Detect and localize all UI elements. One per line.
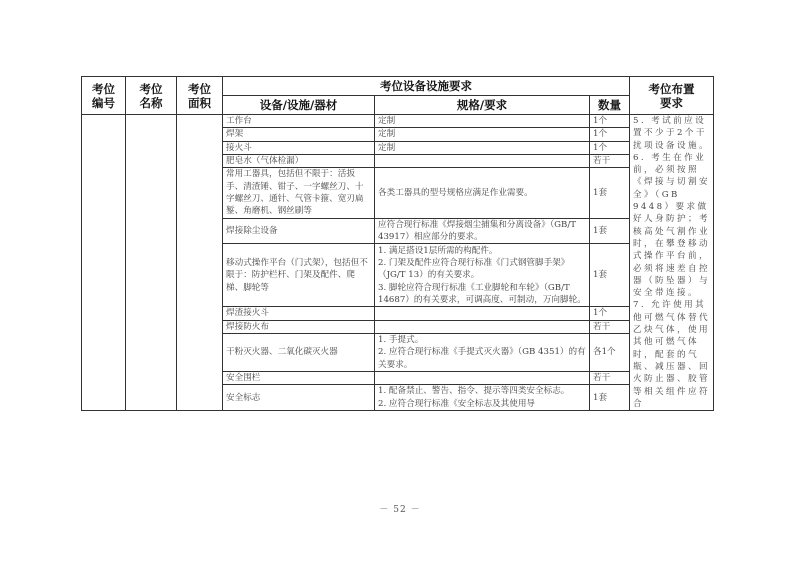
equipment-cell: 安全围栏 (223, 371, 375, 384)
station-area-cell (177, 115, 223, 411)
header-station-area: 考位 面积 (177, 77, 223, 115)
header-equipment-requirements: 考位设备设施要求 (223, 77, 630, 96)
quantity-cell: 1个 (590, 128, 630, 141)
spec-cell: 1. 配备禁止、警告、指令、提示等四类安全标志。 2. 应符合现行标准《安全标志… (375, 385, 590, 411)
quantity-cell: 1个 (590, 307, 630, 320)
quantity-cell: 1套 (590, 168, 630, 218)
equipment-cell: 焊架 (223, 128, 375, 141)
quantity-cell: 若干 (590, 320, 630, 333)
header-layout-requirements: 考位布置 要求 (630, 77, 714, 115)
quantity-cell: 1套 (590, 244, 630, 307)
quantity-cell: 1个 (590, 115, 630, 128)
page-number: － 52 － (0, 502, 800, 515)
spec-cell (375, 155, 590, 168)
header-equipment: 设备/设施/器材 (223, 96, 375, 115)
equipment-cell: 接火斗 (223, 141, 375, 154)
exam-station-requirements-table: 考位 编号 考位 名称 考位 面积 考位设备设施要求 考位布置 要求 设备/设施… (81, 76, 714, 411)
spec-cell: 定制 (375, 141, 590, 154)
spec-cell: 定制 (375, 115, 590, 128)
spec-cell: 1. 手提式。 2. 应符合现行标准《手提式灭火器》（GB 4351）的有关要求… (375, 333, 590, 371)
spec-cell: 1. 满足搭设1层所需的构配件。 2. 门架及配件应符合现行标准《门式钢管脚手架… (375, 244, 590, 307)
quantity-cell: 1个 (590, 141, 630, 154)
spec-cell (375, 320, 590, 333)
quantity-cell: 若干 (590, 155, 630, 168)
equipment-cell: 工作台 (223, 115, 375, 128)
spec-cell: 各类工器具的型号规格应满足作业需要。 (375, 168, 590, 218)
equipment-cell: 移动式操作平台（门式架），包括但不限于：防护栏杆、门架及配件、爬梯、脚轮等 (223, 244, 375, 307)
header-quantity: 数量 (590, 96, 630, 115)
header-station-name: 考位 名称 (126, 77, 177, 115)
spec-cell (375, 371, 590, 384)
quantity-cell: 各1个 (590, 333, 630, 371)
spec-cell: 应符合现行标准《焊接烟尘捕集和分离设备》（GB/T 43917）相应部分的要求。 (375, 218, 590, 244)
document-page: 考位 编号 考位 名称 考位 面积 考位设备设施要求 考位布置 要求 设备/设施… (0, 0, 800, 566)
quantity-cell: 1套 (590, 385, 630, 411)
spec-cell (375, 307, 590, 320)
header-spec: 规格/要求 (375, 96, 590, 115)
quantity-cell: 1套 (590, 218, 630, 244)
equipment-cell: 肥皂水（气体检漏） (223, 155, 375, 168)
station-id-cell (82, 115, 126, 411)
equipment-cell: 安全标志 (223, 385, 375, 411)
spec-cell: 定制 (375, 128, 590, 141)
station-name-cell (126, 115, 177, 411)
equipment-cell: 焊接防火布 (223, 320, 375, 333)
equipment-cell: 焊渣接火斗 (223, 307, 375, 320)
layout-requirements-cell: 5. 考试前应设置不少于2个干扰项设备设施。 6. 考生在作业前，必须按照《焊接… (630, 115, 714, 411)
equipment-cell: 干粉灭火器、二氧化碳灭火器 (223, 333, 375, 371)
equipment-cell: 常用工器具，包括但不限于：活扳手、清渣锤、钳子、一字螺丝刀、十字螺丝刀、通针、气… (223, 168, 375, 218)
quantity-cell: 若干 (590, 371, 630, 384)
equipment-cell: 焊接除尘设备 (223, 218, 375, 244)
header-station-id: 考位 编号 (82, 77, 126, 115)
